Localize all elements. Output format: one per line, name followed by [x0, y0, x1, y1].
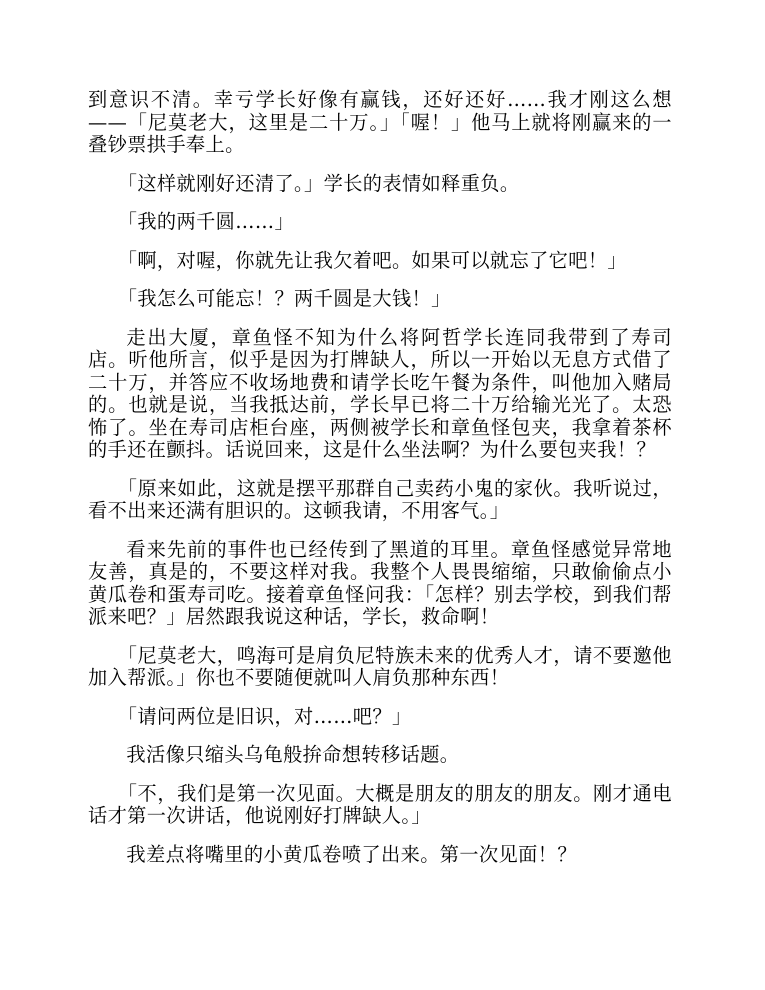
paragraph: 我活像只缩头乌龟般拚命想转移话题。 [88, 744, 672, 767]
paragraph: 「请问两位是旧识，对……吧？」 [88, 706, 672, 729]
paragraph: 走出大厦，章鱼怪不知为什么将阿哲学长连同我带到了寿司店。听他所言，似乎是因为打牌… [88, 327, 672, 462]
paragraph: 看来先前的事件也已经传到了黑道的耳里。章鱼怪感觉异常地友善，真是的，不要这样对我… [88, 539, 672, 629]
paragraph: 「啊，对喔，你就先让我欠着吧。如果可以就忘了它吧！」 [88, 250, 672, 273]
paragraph: 「尼莫老大，鸣海可是肩负尼特族未来的优秀人才，请不要邀他加入帮派。」你也不要随便… [88, 645, 672, 690]
paragraph: 「这样就刚好还清了。」学长的表情如释重负。 [88, 173, 672, 196]
paragraph: 到意识不清。幸亏学长好像有赢钱，还好还好……我才刚这么想——「尼莫老大，这里是二… [88, 89, 672, 157]
paragraph: 「我怎么可能忘！？两千圆是大钱！」 [88, 288, 672, 311]
paragraph: 我差点将嘴里的小黄瓜卷喷了出来。第一次见面！？ [88, 844, 672, 867]
paragraph: 「我的两千圆……」 [88, 211, 672, 234]
document-page: 到意识不清。幸亏学长好像有赢钱，还好还好……我才刚这么想——「尼莫老大，这里是二… [88, 89, 672, 882]
paragraph: 「原来如此，这就是摆平那群自己卖药小鬼的家伙。我听说过，看不出来还满有胆识的。这… [88, 478, 672, 523]
paragraph: 「不，我们是第一次见面。大概是朋友的朋友的朋友。刚才通电话才第一次讲话，他说刚好… [88, 783, 672, 828]
